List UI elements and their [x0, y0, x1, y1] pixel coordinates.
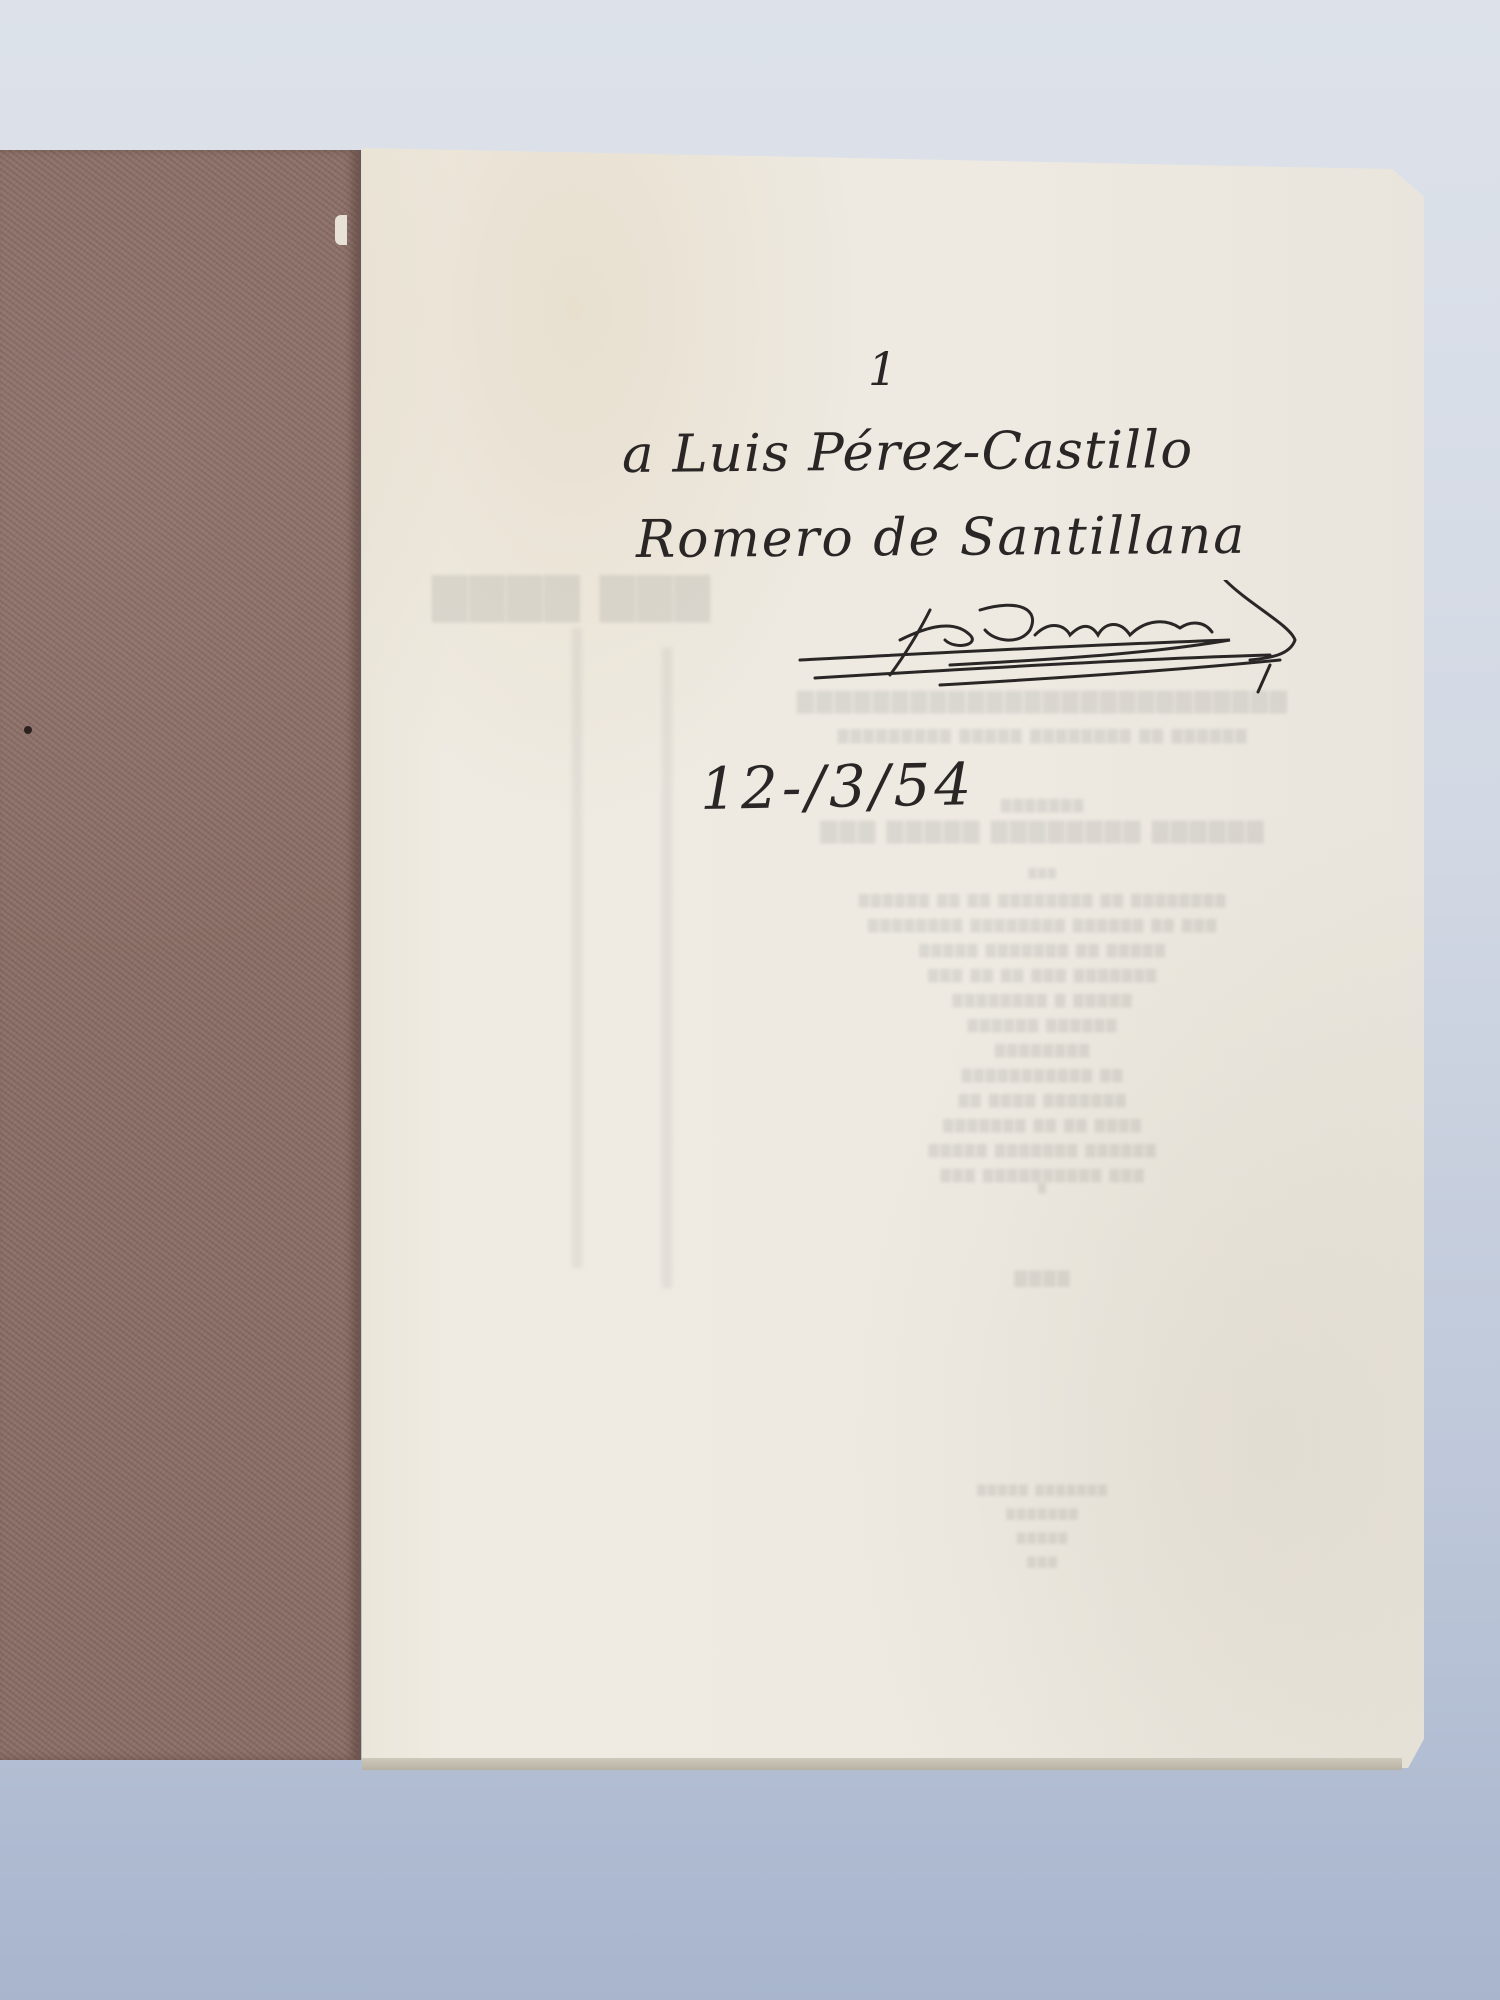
signature-icon [780, 580, 1340, 720]
show-through-rule [662, 648, 672, 1288]
cover-spot [24, 726, 32, 734]
show-through-imprint: ▇▇▇▇▇ ▇▇▇▇▇▇▇▇▇▇▇▇▇▇▇▇▇▇▇▇▇▇ [742, 1478, 1344, 1574]
show-through-heading: ▇▇▇▇ ▇▇▇ [422, 568, 722, 622]
inscription-line-1: a Luis Pérez-Castillo [622, 420, 1194, 485]
show-through-line: ▇ [742, 1183, 1344, 1194]
inscription-date: 12-/3/54 [699, 750, 975, 823]
show-through-rule [572, 628, 582, 1268]
inscription-number: 1 [868, 342, 897, 396]
inscription-line-2: Romero de Santillana [636, 506, 1247, 570]
show-through-line: ▇▇▇ ▇▇▇▇▇ ▇▇▇▇▇▇▇▇ ▇▇▇▇▇▇ [742, 818, 1344, 844]
show-through-line: ▇▇▇▇▇▇▇▇▇ ▇▇▇▇▇ ▇▇▇▇▇▇▇▇ ▇▇ ▇▇▇▇▇▇ [742, 728, 1344, 744]
show-through-block: ▇▇▇▇▇▇ ▇▇ ▇▇ ▇▇▇▇▇▇▇▇ ▇▇ ▇▇▇▇▇▇▇▇ ▇▇▇▇▇▇… [742, 888, 1344, 1188]
cover-tear [335, 215, 347, 245]
show-through-line: ▇▇▇ [742, 868, 1344, 879]
page-block-edge [362, 1758, 1402, 1770]
show-through-volume: ▇▇▇▇ [742, 1268, 1344, 1287]
book-cover [0, 150, 361, 1760]
